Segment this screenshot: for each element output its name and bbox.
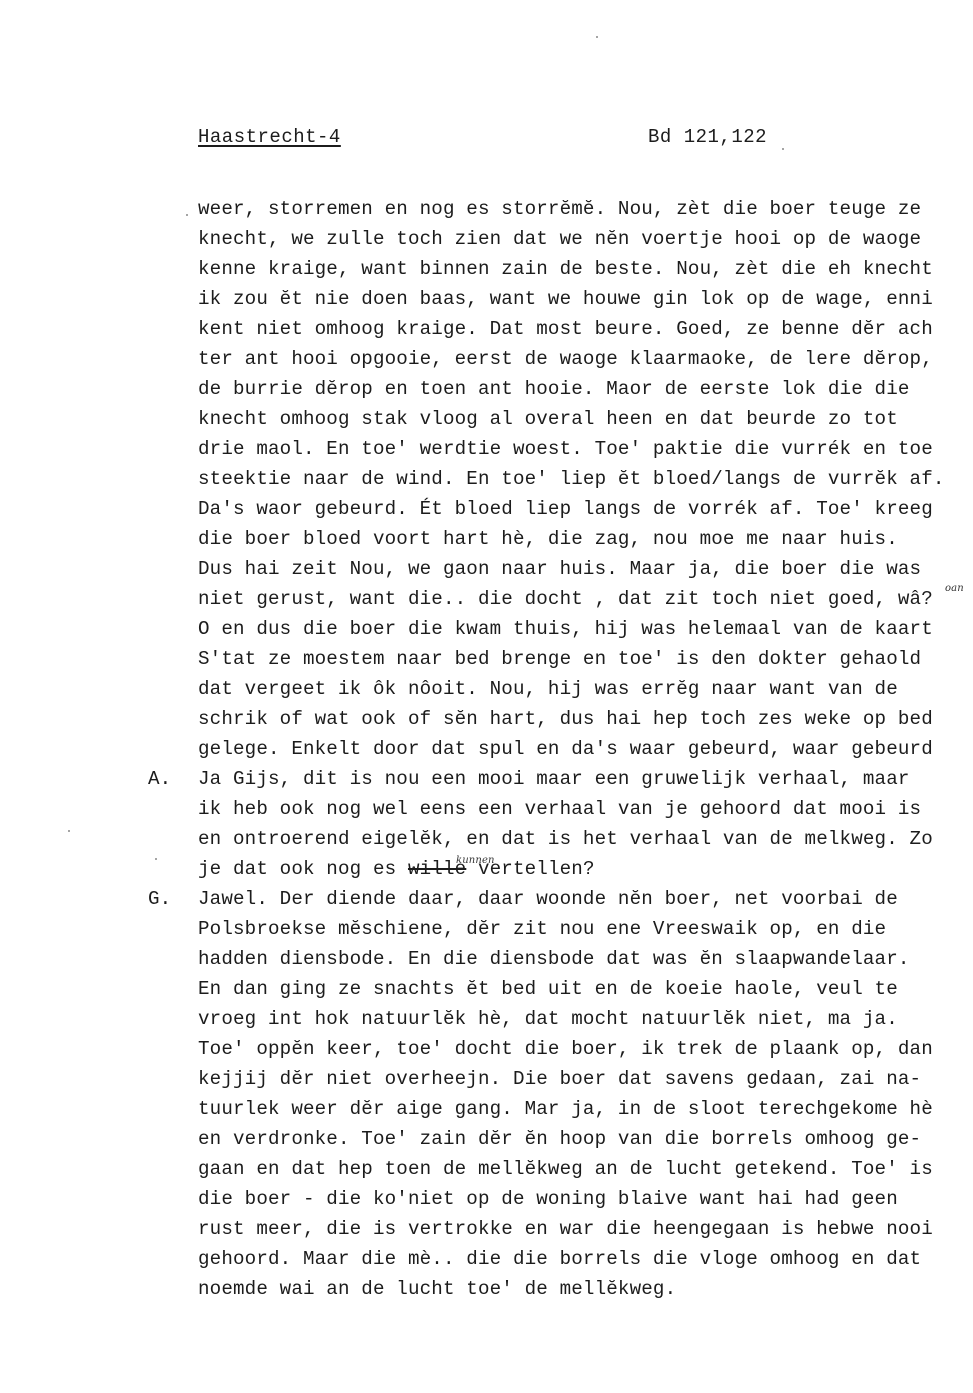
transcript-line: Dus hai zeit Nou, we gaon naar huis. Maa… xyxy=(198,554,973,584)
transcript-line: Polsbroekse mĕschiene, dĕr zit nou ene V… xyxy=(198,914,973,944)
paper-speck xyxy=(155,858,157,860)
transcript-line: noemde wai an de lucht toe' de mellĕkweg… xyxy=(198,1274,973,1304)
speaker-label: A. xyxy=(148,764,171,794)
transcript-line: ik zou ĕt nie doen baas, want we houwe g… xyxy=(198,284,973,314)
document-page: Haastrecht-4 Bd 121,122 weer, storremen … xyxy=(0,0,973,1393)
line-text: Toe' oppĕn keer, toe' docht die boer, ik… xyxy=(198,1038,933,1060)
transcript-line: knecht, we zulle toch zien dat we nĕn vo… xyxy=(198,224,973,254)
transcript-line: kejjij dĕr niet overheejn. Die boer dat … xyxy=(198,1064,973,1094)
transcript-line: knecht omhoog stak vloog al overal heen … xyxy=(198,404,973,434)
transcript-line: die boer bloed voort hart hè, die zag, n… xyxy=(198,524,973,554)
transcript-line: gehoord. Maar die mè.. die die borrels d… xyxy=(198,1244,973,1274)
line-text: rust meer, die is vertrokke en war die h… xyxy=(198,1218,933,1240)
line-text: En dan ging ze snachts ĕt bed uit en de … xyxy=(198,978,898,1000)
line-text: kenne kraige, want binnen zain de beste.… xyxy=(198,258,933,280)
line-text: kejjij dĕr niet overheejn. Die boer dat … xyxy=(198,1068,921,1090)
line-text: Ja Gijs, dit is nou een mooi maar een gr… xyxy=(198,768,910,790)
line-text: knecht, we zulle toch zien dat we nĕn vo… xyxy=(198,228,921,250)
line-text: ter ant hooi opgooie, eerst de waoge kla… xyxy=(198,348,933,370)
line-text: schrik of wat ook of sĕn hart, dus hai h… xyxy=(198,708,933,730)
line-text: die boer bloed voort hart hè, die zag, n… xyxy=(198,528,898,550)
line-text: knecht omhoog stak vloog al overal heen … xyxy=(198,408,898,430)
line-text: S'tat ze moestem naar bed brenge en toe'… xyxy=(198,648,921,670)
transcript-line: de burrie dĕrop en toen ant hooie. Maor … xyxy=(198,374,973,404)
line-text: dat vergeet ik ôk nôoit. Nou, hij was er… xyxy=(198,678,898,700)
transcript-line: en ontroerend eigelĕk, en dat is het ver… xyxy=(198,824,973,854)
line-text: die boer - die ko'niet op de woning blai… xyxy=(198,1188,898,1210)
transcript-line: die boer - die ko'niet op de woning blai… xyxy=(198,1184,973,1214)
line-text: kent niet omhoog kraige. Dat most beure.… xyxy=(198,318,933,340)
transcript-line: hadden diensbode. En die diensbode dat w… xyxy=(198,944,973,974)
transcript-line: vroeg int hok natuurlĕk hè, dat mocht na… xyxy=(198,1004,973,1034)
transcript-line: tuurlek weer dĕr aige gang. Mar ja, in d… xyxy=(198,1094,973,1124)
line-text: Polsbroekse mĕschiene, dĕr zit nou ene V… xyxy=(198,918,886,940)
transcript-line: Da's waor gebeurd. Ét bloed liep langs d… xyxy=(198,494,973,524)
transcript-line: En dan ging ze snachts ĕt bed uit en de … xyxy=(198,974,973,1004)
line-text: gelege. Enkelt door dat spul en da's waa… xyxy=(198,738,933,760)
transcript-line: en verdronke. Toe' zain dĕr ĕn hoop van … xyxy=(198,1124,973,1154)
transcript-line: gaan en dat hep toen de mellĕkweg an de … xyxy=(198,1154,973,1184)
line-text: noemde wai an de lucht toe' de mellĕkweg… xyxy=(198,1278,676,1300)
handwritten-annotation: oan xyxy=(945,574,964,604)
transcript-line: ter ant hooi opgooie, eerst de waoge kla… xyxy=(198,344,973,374)
transcript-line: dat vergeet ik ôk nôoit. Nou, hij was er… xyxy=(198,674,973,704)
line-text: Dus hai zeit Nou, we gaon naar huis. Maa… xyxy=(198,558,921,580)
line-text: niet gerust, want die.. die docht , dat … xyxy=(198,588,933,610)
line-text: de burrie dĕrop en toen ant hooie. Maor … xyxy=(198,378,910,400)
line-text: en ontroerend eigelĕk, en dat is het ver… xyxy=(198,828,933,850)
transcript-line: G.Jawel. Der diende daar, daar woonde nĕ… xyxy=(198,884,973,914)
handwritten-correction: kunnen xyxy=(456,846,495,876)
paper-speck xyxy=(68,830,70,832)
line-text: hadden diensbode. En die diensbode dat w… xyxy=(198,948,910,970)
transcript-line: gelege. Enkelt door dat spul en da's waa… xyxy=(198,734,973,764)
transcript-line: je dat ook nog es wille vertellen?kunnen xyxy=(198,854,973,884)
line-text: en verdronke. Toe' zain dĕr ĕn hoop van … xyxy=(198,1128,921,1150)
paper-speck xyxy=(782,148,784,150)
line-text: gehoord. Maar die mè.. die die borrels d… xyxy=(198,1248,921,1270)
transcript-line: Toe' oppĕn keer, toe' docht die boer, ik… xyxy=(198,1034,973,1064)
transcript-line: drie maol. En toe' werdtie woest. Toe' p… xyxy=(198,434,973,464)
document-reference: Bd 121,122 xyxy=(648,126,767,148)
transcript-line: A.Ja Gijs, dit is nou een mooi maar een … xyxy=(198,764,973,794)
document-title: Haastrecht-4 xyxy=(198,126,341,148)
paper-speck xyxy=(596,36,598,38)
line-text: ik heb ook nog wel eens een verhaal van … xyxy=(198,798,921,820)
line-text: gaan en dat hep toen de mellĕkweg an de … xyxy=(198,1158,933,1180)
line-text: weer, storremen en nog es storrĕmĕ. Nou,… xyxy=(198,198,921,220)
transcript-line: rust meer, die is vertrokke en war die h… xyxy=(198,1214,973,1244)
transcript-line: weer, storremen en nog es storrĕmĕ. Nou,… xyxy=(198,194,973,224)
line-text: vroeg int hok natuurlĕk hè, dat mocht na… xyxy=(198,1008,898,1030)
transcript-line: kenne kraige, want binnen zain de beste.… xyxy=(198,254,973,284)
speaker-label: G. xyxy=(148,884,171,914)
line-text: drie maol. En toe' werdtie woest. Toe' p… xyxy=(198,438,933,460)
transcript-line: steektie naar de wind. En toe' liep ĕt b… xyxy=(198,464,973,494)
line-text: steektie naar de wind. En toe' liep ĕt b… xyxy=(198,468,945,490)
line-text: O en dus die boer die kwam thuis, hij wa… xyxy=(198,618,933,640)
paper-speck xyxy=(186,214,188,216)
line-text: je dat ook nog es xyxy=(198,858,408,880)
line-text: Jawel. Der diende daar, daar woonde nĕn … xyxy=(198,888,898,910)
transcript-line: S'tat ze moestem naar bed brenge en toe'… xyxy=(198,644,973,674)
transcript-line: schrik of wat ook of sĕn hart, dus hai h… xyxy=(198,704,973,734)
transcript-line: ik heb ook nog wel eens een verhaal van … xyxy=(198,794,973,824)
transcript-line: kent niet omhoog kraige. Dat most beure.… xyxy=(198,314,973,344)
transcript-line: niet gerust, want die.. die docht , dat … xyxy=(198,584,973,614)
transcript-line: O en dus die boer die kwam thuis, hij wa… xyxy=(198,614,973,644)
line-text: ik zou ĕt nie doen baas, want we houwe g… xyxy=(198,288,933,310)
transcript-body: weer, storremen en nog es storrĕmĕ. Nou,… xyxy=(198,194,973,1304)
line-text: Da's waor gebeurd. Ét bloed liep langs d… xyxy=(198,498,933,520)
line-text: tuurlek weer dĕr aige gang. Mar ja, in d… xyxy=(198,1098,933,1120)
